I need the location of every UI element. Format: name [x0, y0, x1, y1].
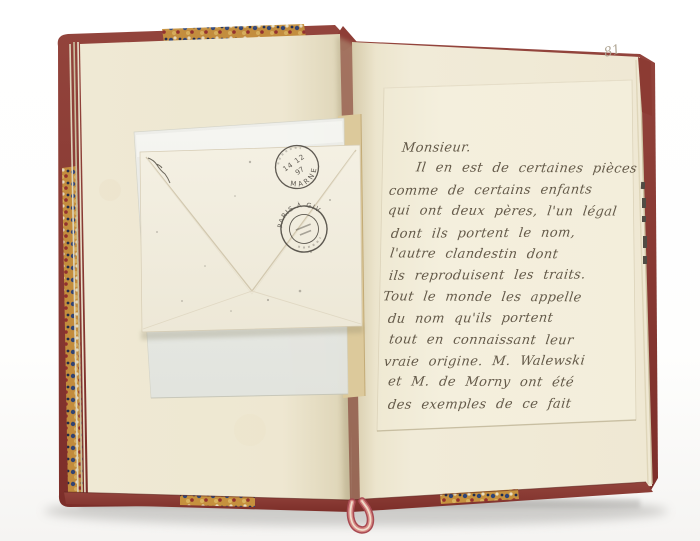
photograph-of-open-book: 14 12 97 MARNE PARIS À GIVET Monsieur. I… — [0, 0, 700, 541]
envelope — [140, 145, 362, 332]
book-artwork: 14 12 97 MARNE PARIS À GIVET — [0, 0, 700, 541]
letter-sheet — [377, 80, 636, 431]
